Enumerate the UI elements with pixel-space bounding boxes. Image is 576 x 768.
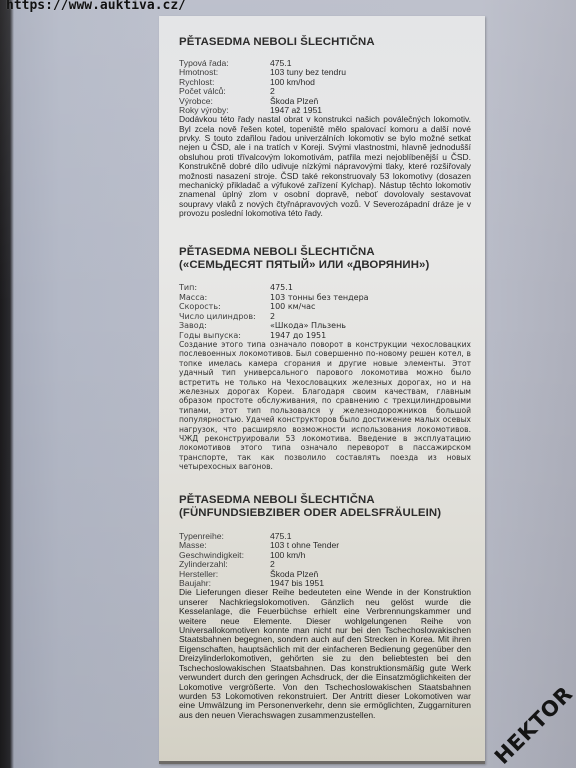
spec-label: Масса: xyxy=(179,293,270,303)
info-card: PĚTASEDMA NEBOLI ŠLECHTIČNA Typová řada:… xyxy=(159,16,485,764)
spec-row: Число цилиндров: 2 xyxy=(179,312,471,322)
section-subtitle: (FÜNFUNDSIEBZIBER ODER ADELSFRÄULEIN) xyxy=(179,507,471,520)
spec-row: Скорость: 100 км/час xyxy=(179,302,471,312)
spec-row: Тип: 475.1 xyxy=(179,283,471,293)
spec-value: 2 xyxy=(270,312,471,322)
spec-value: «Шкода» Пльзень xyxy=(270,321,471,331)
card-edge xyxy=(159,761,485,764)
spec-table: Typenreihe: 475.1 Masse: 103 t ohne Tend… xyxy=(179,532,471,588)
section-subtitle: («СЕМЬДЕСЯТ ПЯТЫЙ» ИЛИ «ДВОРЯНИН») xyxy=(179,259,471,272)
spec-row: Масса: 103 тонны без тендера xyxy=(179,293,471,303)
spec-row: Počet válců: 2 xyxy=(179,87,471,96)
seller-watermark: HEKTOR xyxy=(490,682,576,768)
spec-value: 1947 до 1951 xyxy=(270,331,471,341)
spec-table: Typová řada: 475.1 Hmotnost: 103 tuny be… xyxy=(179,59,471,115)
spec-value: 475.1 xyxy=(270,283,471,293)
spec-table: Тип: 475.1 Масса: 103 тонны без тендера … xyxy=(179,283,471,340)
spec-row: Hersteller: Škoda Plzeň xyxy=(179,570,471,579)
spec-value: 100 km/h xyxy=(270,551,471,560)
spec-label: Тип: xyxy=(179,283,270,293)
spec-row: Завод: «Шкода» Пльзень xyxy=(179,321,471,331)
section-body: Die Lieferungen dieser Reihe bedeuteten … xyxy=(179,588,471,720)
spec-row: Zylinderzahl: 2 xyxy=(179,560,471,569)
spec-row: Годы выпуска: 1947 до 1951 xyxy=(179,331,471,341)
section-body: Dodávkou této řady nastal obrat v konstr… xyxy=(179,115,471,218)
section-czech: PĚTASEDMA NEBOLI ŠLECHTIČNA Typová řada:… xyxy=(179,36,471,218)
section-german: PĚTASEDMA NEBOLI ŠLECHTIČNA (FÜNFUNDSIEB… xyxy=(179,494,471,720)
url-watermark: https://www.auktiva.cz/ xyxy=(6,0,186,13)
section-title: PĚTASEDMA NEBOLI ŠLECHTIČNA xyxy=(179,494,471,507)
section-body: Создание этого типа означало поворот в к… xyxy=(179,340,471,472)
spec-label: Скорость: xyxy=(179,302,270,312)
spec-label: Завод: xyxy=(179,321,270,331)
section-title: PĚTASEDMA NEBOLI ŠLECHTIČNA xyxy=(179,246,471,259)
section-russian: PĚTASEDMA NEBOLI ŠLECHTIČNA («СЕМЬДЕСЯТ … xyxy=(179,246,471,472)
spec-value: 103 тонны без тендера xyxy=(270,293,471,303)
spec-row: Hmotnost: 103 tuny bez tendru xyxy=(179,68,471,77)
spec-label: Годы выпуска: xyxy=(179,331,270,341)
spec-value: 100 km/hod xyxy=(270,78,471,87)
section-title: PĚTASEDMA NEBOLI ŠLECHTIČNA xyxy=(179,36,471,49)
spec-label: Число цилиндров: xyxy=(179,312,270,322)
spec-value: 100 км/час xyxy=(270,302,471,312)
